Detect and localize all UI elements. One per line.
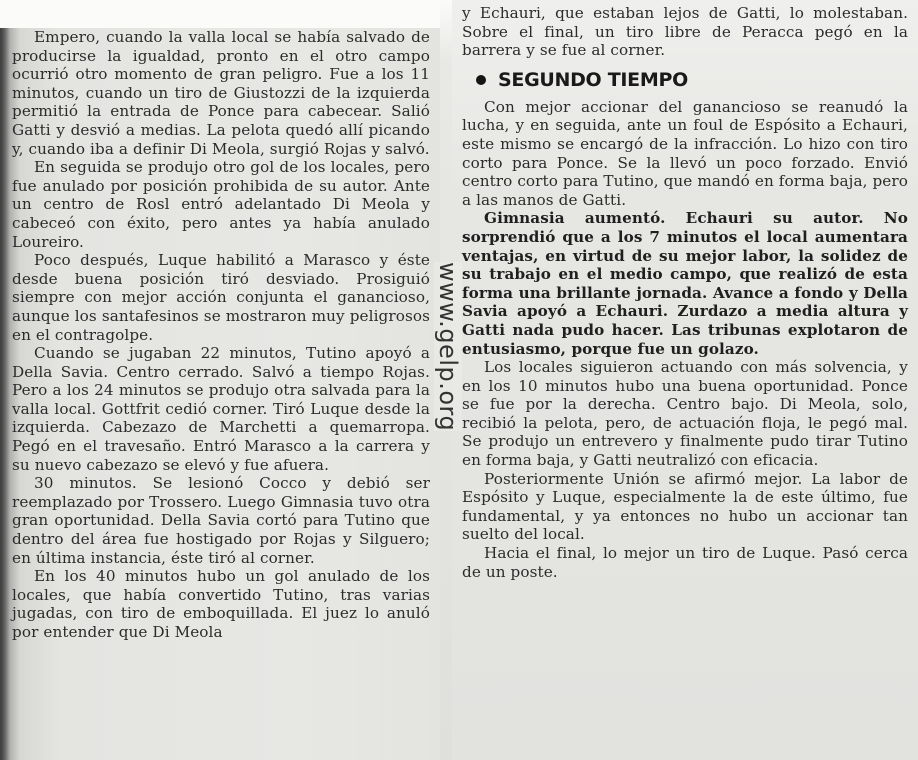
paragraph: 30 minutos. Se lesionó Cocco y debió ser… [12,474,430,567]
continuation-paragraph: y Echauri, que estaban lejos de Gatti, l… [462,4,908,60]
paragraph: Hacia el final, lo mejor un tiro de Luqu… [462,544,908,581]
section-heading: SEGUNDO TIEMPO [476,68,908,92]
left-column: Empero, cuando la valla local se había s… [0,28,440,760]
paragraph: Empero, cuando la valla local se había s… [12,28,430,158]
watermark: www.gelp.org [434,262,462,431]
paragraph: En seguida se produjo otro gol de los lo… [12,158,430,251]
paragraph: Posteriormente Unión se afirmó mejor. La… [462,470,908,544]
paragraph: Los locales siguieron actuando con más s… [462,358,908,470]
right-column: y Echauri, que estaban lejos de Gatti, l… [452,0,918,760]
paragraph: Con mejor accionar del ganancioso se rea… [462,98,908,210]
section-heading-text: SEGUNDO TIEMPO [498,68,688,92]
paragraph: Cuando se jugaban 22 minutos, Tutino apo… [12,344,430,474]
paragraph: Poco después, Luque habilitó a Marasco y… [12,251,430,344]
paragraph: En los 40 minutos hubo un gol anulado de… [12,567,430,641]
newspaper-clipping: Empero, cuando la valla local se había s… [0,0,918,760]
paragraph-bold: Gimnasia aumentó. Echauri su autor. No s… [462,209,908,358]
bullet-dot-icon [476,75,486,85]
